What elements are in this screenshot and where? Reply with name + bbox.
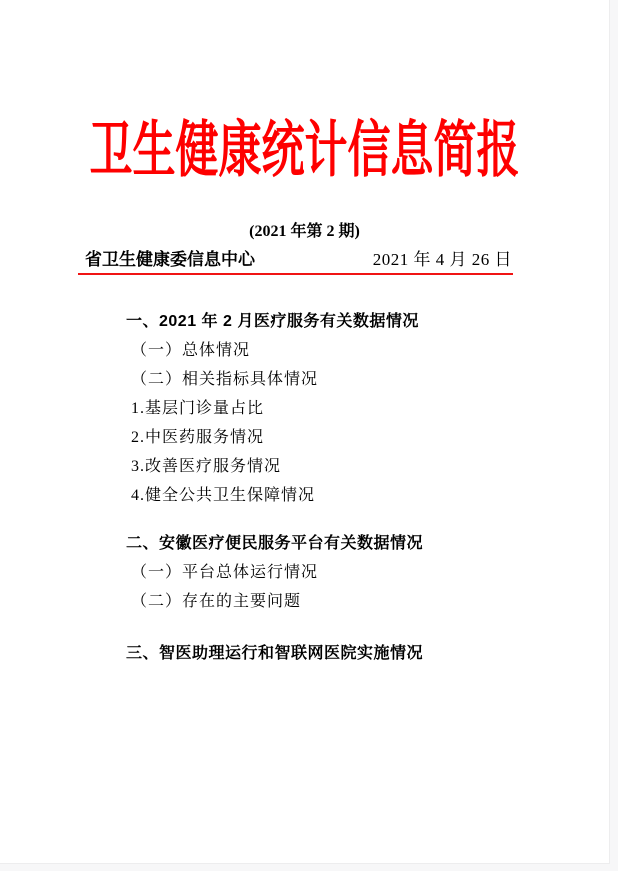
bulletin-title: 卫生健康统计信息简报: [90, 120, 520, 181]
toc-item: （二）相关指标具体情况: [0, 365, 609, 394]
toc-item: 1.基层门诊量占比: [0, 394, 609, 423]
document-viewport: { "page": { "title": "卫生健康统计信息简报", "issu…: [0, 0, 618, 871]
toc-item: （一）总体情况: [0, 336, 609, 365]
table-of-contents: 一、2021 年 2 月医疗服务有关数据情况 （一）总体情况 （二）相关指标具体…: [0, 307, 609, 668]
issue-number: (2021 年第 2 期): [0, 222, 609, 242]
toc-item: 4.健全公共卫生保障情况: [0, 481, 609, 510]
section-gap: [0, 616, 609, 639]
masthead-row: 省卫生健康委信息中心 2021 年 4 月 26 日: [85, 249, 512, 270]
document-page: 卫生健康统计信息简报 (2021 年第 2 期) 省卫生健康委信息中心 2021…: [0, 0, 610, 864]
toc-section-1-heading: 一、2021 年 2 月医疗服务有关数据情况: [0, 307, 609, 336]
issuing-organization: 省卫生健康委信息中心: [85, 249, 255, 270]
toc-item: （二）存在的主要问题: [0, 587, 609, 616]
title-block: 卫生健康统计信息简报: [0, 110, 609, 192]
toc-section-3-heading: 三、智医助理运行和智联网医院实施情况: [0, 639, 609, 668]
toc-item: 2.中医药服务情况: [0, 423, 609, 452]
red-divider: [78, 273, 513, 275]
section-gap: [0, 510, 609, 529]
toc-section-2-heading: 二、安徽医疗便民服务平台有关数据情况: [0, 529, 609, 558]
issue-date: 2021 年 4 月 26 日: [373, 249, 512, 270]
toc-item: 3.改善医疗服务情况: [0, 452, 609, 481]
toc-item: （一）平台总体运行情况: [0, 558, 609, 587]
